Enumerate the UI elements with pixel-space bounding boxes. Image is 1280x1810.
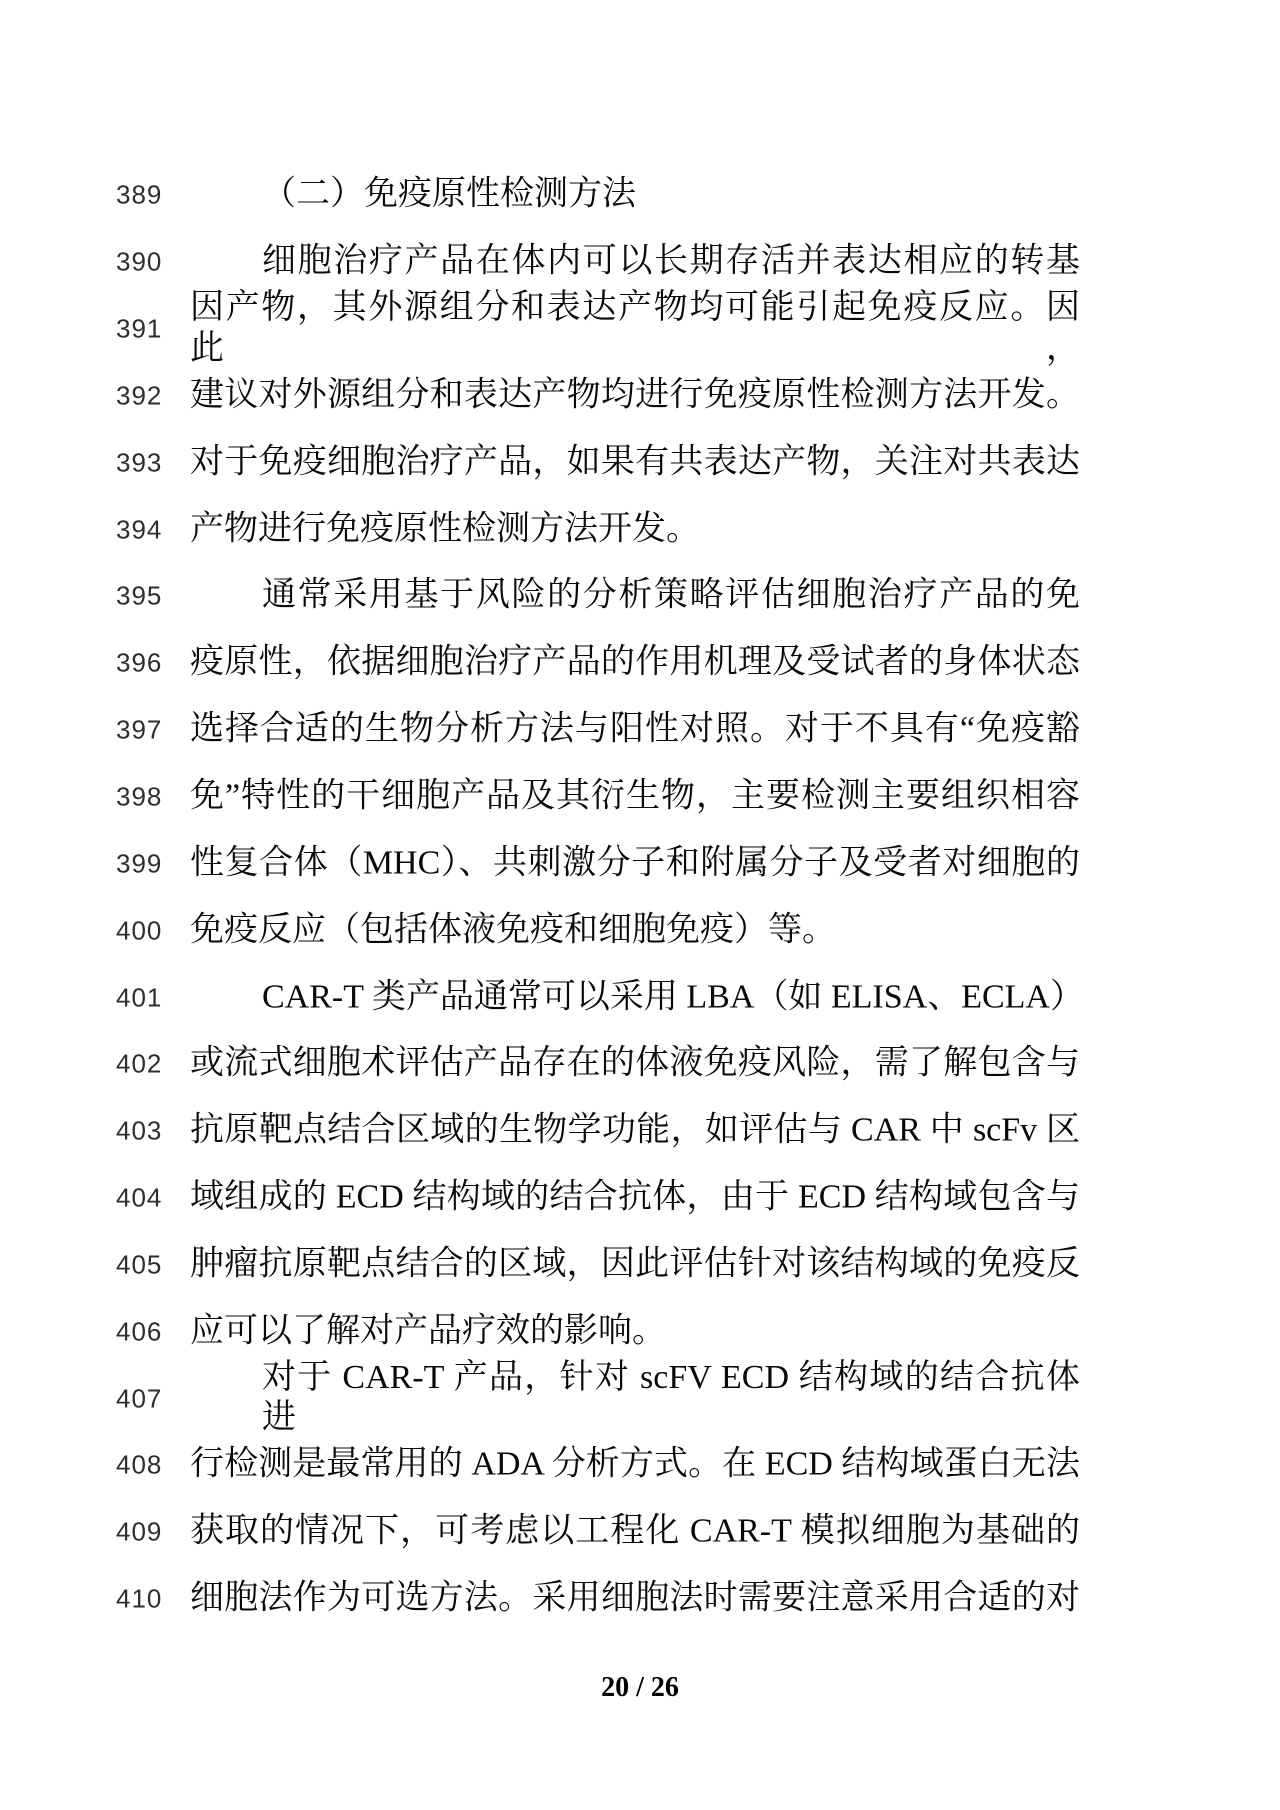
- line-number: 402: [116, 1049, 162, 1080]
- document-line: 393对于免疫细胞治疗产品，如果有共表达产物，关注对共表达: [0, 429, 1280, 496]
- line-number: 390: [116, 247, 162, 278]
- line-text: 产物进行免疫原性检测方法开发。: [190, 509, 1080, 550]
- line-number: 407: [116, 1383, 162, 1414]
- document-line: 408行检测是最常用的 ADA 分析方式。在 ECD 结构域蛋白无法: [0, 1432, 1280, 1499]
- line-text: 通常采用基于风险的分析策略评估细胞治疗产品的免: [190, 576, 1080, 617]
- document-line: 405肿瘤抗原靶点结合的区域，因此评估针对该结构域的免疫反: [0, 1232, 1280, 1299]
- document-line: 406应可以了解对产品疗效的影响。: [0, 1298, 1280, 1365]
- line-number: 403: [116, 1116, 162, 1147]
- document-line: 403抗原靶点结合区域的生物学功能，如评估与 CAR 中 scFv 区: [0, 1098, 1280, 1165]
- line-number: 391: [116, 314, 162, 345]
- line-text: 行检测是最常用的 ADA 分析方式。在 ECD 结构域蛋白无法: [190, 1445, 1080, 1486]
- line-text: （二）免疫原性检测方法: [190, 175, 1080, 216]
- document-line: 392建议对外源组分和表达产物均进行免疫原性检测方法开发。: [0, 363, 1280, 430]
- document-line: 398免”特性的干细胞产品及其衍生物，主要检测主要组织相容: [0, 764, 1280, 831]
- line-text: 抗原靶点结合区域的生物学功能，如评估与 CAR 中 scFv 区: [190, 1111, 1080, 1152]
- line-number: 392: [116, 380, 162, 411]
- document-line: 395通常采用基于风险的分析策略评估细胞治疗产品的免: [0, 563, 1280, 630]
- line-number: 393: [116, 447, 162, 478]
- line-text: 肿瘤抗原靶点结合的区域，因此评估针对该结构域的免疫反: [190, 1245, 1080, 1286]
- line-number: 396: [116, 648, 162, 679]
- line-text: 细胞治疗产品在体内可以长期存活并表达相应的转基: [190, 242, 1080, 283]
- line-text: 对于免疫细胞治疗产品，如果有共表达产物，关注对共表达: [190, 442, 1080, 483]
- document-line: 394产物进行免疫原性检测方法开发。: [0, 496, 1280, 563]
- document-body: 389（二）免疫原性检测方法390细胞治疗产品在体内可以长期存活并表达相应的转基…: [0, 162, 1280, 1633]
- line-text: 对于 CAR-T 产品，针对 scFV ECD 结构域的结合抗体进: [190, 1358, 1080, 1440]
- line-number: 394: [116, 514, 162, 545]
- line-text: CAR-T 类产品通常可以采用 LBA（如 ELISA、ECLA）: [190, 977, 1080, 1018]
- line-number: 406: [116, 1316, 162, 1347]
- line-text: 域组成的 ECD 结构域的结合抗体，由于 ECD 结构域包含与: [190, 1178, 1080, 1219]
- line-number: 399: [116, 848, 162, 879]
- document-line: 409获取的情况下，可考虑以工程化 CAR-T 模拟细胞为基础的: [0, 1499, 1280, 1566]
- document-line: 402或流式细胞术评估产品存在的体液免疫风险，需了解包含与: [0, 1031, 1280, 1098]
- line-number: 398: [116, 782, 162, 813]
- line-number: 401: [116, 982, 162, 1013]
- document-line: 396疫原性，依据细胞治疗产品的作用机理及受试者的身体状态: [0, 630, 1280, 697]
- line-number: 397: [116, 715, 162, 746]
- page-number: 20 / 26: [0, 1672, 1280, 1704]
- line-number: 400: [116, 915, 162, 946]
- document-line: 389（二）免疫原性检测方法: [0, 162, 1280, 229]
- line-text: 疫原性，依据细胞治疗产品的作用机理及受试者的身体状态: [190, 643, 1080, 684]
- document-line: 410细胞法作为可选方法。采用细胞法时需要注意采用合适的对: [0, 1566, 1280, 1633]
- document-line: 400免疫反应（包括体液免疫和细胞免疫）等。: [0, 897, 1280, 964]
- line-number: 410: [116, 1584, 162, 1615]
- document-page: 389（二）免疫原性检测方法390细胞治疗产品在体内可以长期存活并表达相应的转基…: [0, 0, 1280, 1810]
- document-line: 401CAR-T 类产品通常可以采用 LBA（如 ELISA、ECLA）: [0, 964, 1280, 1031]
- line-text: 应可以了解对产品疗效的影响。: [190, 1311, 1080, 1352]
- line-number: 405: [116, 1249, 162, 1280]
- line-number: 409: [116, 1517, 162, 1548]
- line-number: 408: [116, 1450, 162, 1481]
- document-line: 390细胞治疗产品在体内可以长期存活并表达相应的转基: [0, 229, 1280, 296]
- line-text: 选择合适的生物分析方法与阳性对照。对于不具有“免疫豁: [190, 710, 1080, 751]
- document-line: 407对于 CAR-T 产品，针对 scFV ECD 结构域的结合抗体进: [0, 1365, 1280, 1432]
- line-text: 免”特性的干细胞产品及其衍生物，主要检测主要组织相容: [190, 777, 1080, 818]
- line-text: 性复合体（MHC）、共刺激分子和附属分子及受者对细胞的: [190, 843, 1080, 884]
- line-text: 获取的情况下，可考虑以工程化 CAR-T 模拟细胞为基础的: [190, 1512, 1080, 1553]
- line-number: 404: [116, 1183, 162, 1214]
- line-text: 免疫反应（包括体液免疫和细胞免疫）等。: [190, 910, 1080, 951]
- document-line: 404域组成的 ECD 结构域的结合抗体，由于 ECD 结构域包含与: [0, 1165, 1280, 1232]
- line-text: 因产物，其外源组分和表达产物均可能引起免疫反应。因此，: [190, 288, 1080, 370]
- document-line: 391因产物，其外源组分和表达产物均可能引起免疫反应。因此，: [0, 296, 1280, 363]
- line-text: 或流式细胞术评估产品存在的体液免疫风险，需了解包含与: [190, 1044, 1080, 1085]
- line-text: 细胞法作为可选方法。采用细胞法时需要注意采用合适的对: [190, 1579, 1080, 1620]
- line-number: 389: [116, 180, 162, 211]
- document-line: 399性复合体（MHC）、共刺激分子和附属分子及受者对细胞的: [0, 830, 1280, 897]
- line-text: 建议对外源组分和表达产物均进行免疫原性检测方法开发。: [190, 376, 1080, 417]
- line-number: 395: [116, 581, 162, 612]
- document-line: 397选择合适的生物分析方法与阳性对照。对于不具有“免疫豁: [0, 697, 1280, 764]
